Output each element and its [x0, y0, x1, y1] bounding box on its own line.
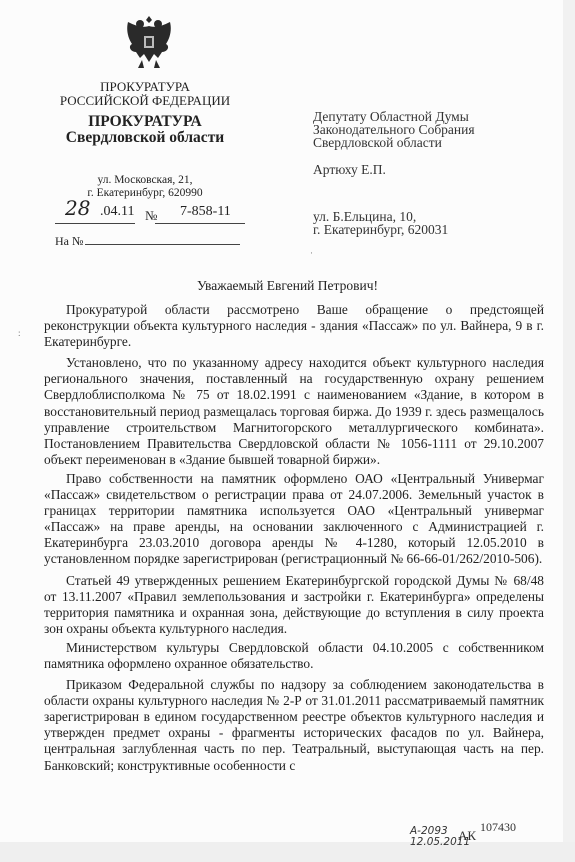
printed-date: .04.11	[100, 204, 134, 220]
scan-edge	[563, 0, 575, 862]
initials: АК	[458, 828, 476, 844]
sender-address-line-1: ул. Московская, 21,	[85, 174, 205, 187]
office-line-2: Свердловской области	[40, 130, 250, 146]
paragraph-6: Приказом Федеральной службы по надзору з…	[44, 677, 544, 774]
office-line-1: ПРОКУРАТУРА	[40, 114, 250, 130]
outgoing-number: 7-858-11	[180, 204, 231, 220]
paragraph-1: Прокуратурой области рассмотрено Ваше об…	[44, 302, 544, 350]
recipient-name: Артюху Е.П.	[313, 163, 475, 176]
number-underline	[155, 223, 245, 224]
reply-to-line: На №	[55, 234, 240, 249]
recipient-city: г. Екатеринбург, 620031	[313, 223, 475, 236]
date-underline	[55, 223, 135, 224]
paragraph-5: Министерством культуры Свердловской обла…	[44, 640, 544, 672]
sender-header: ПРОКУРАТУРА РОССИЙСКОЙ ФЕДЕРАЦИИ ПРОКУРА…	[40, 80, 250, 146]
salutation: Уважаемый Евгений Петрович!	[0, 278, 575, 294]
scan-mark: :	[18, 328, 21, 338]
sender-address: ул. Московская, 21, г. Екатеринбург, 620…	[85, 174, 205, 200]
scan-edge-bottom	[0, 842, 575, 862]
sender-address-line-2: г. Екатеринбург, 620990	[85, 187, 205, 200]
recipient-block: Депутату Областной Думы Законодательного…	[313, 110, 475, 236]
letter-page: ПРОКУРАТУРА РОССИЙСКОЙ ФЕДЕРАЦИИ ПРОКУРА…	[0, 0, 575, 862]
paragraph-3: Право собственности на памятник оформлен…	[44, 471, 544, 568]
document-number: 107430	[480, 820, 516, 835]
coat-of-arms-icon	[122, 14, 176, 70]
reply-to-underline	[85, 234, 240, 245]
handwritten-date: 28	[65, 196, 90, 220]
paragraph-2: Установлено, что по указанному адресу на…	[44, 355, 544, 468]
reply-to-label: На №	[55, 234, 83, 248]
scan-mark: ·	[310, 248, 313, 258]
letter-body: Прокуратурой области рассмотрено Ваше об…	[44, 302, 544, 779]
org-line-2: РОССИЙСКОЙ ФЕДЕРАЦИИ	[40, 94, 250, 108]
paragraph-4: Статьей 49 утвержденных решением Екатери…	[44, 573, 544, 637]
number-label: №	[145, 208, 157, 224]
org-line-1: ПРОКУРАТУРА	[40, 80, 250, 94]
recipient-line-3: Свердловской области	[313, 136, 475, 149]
